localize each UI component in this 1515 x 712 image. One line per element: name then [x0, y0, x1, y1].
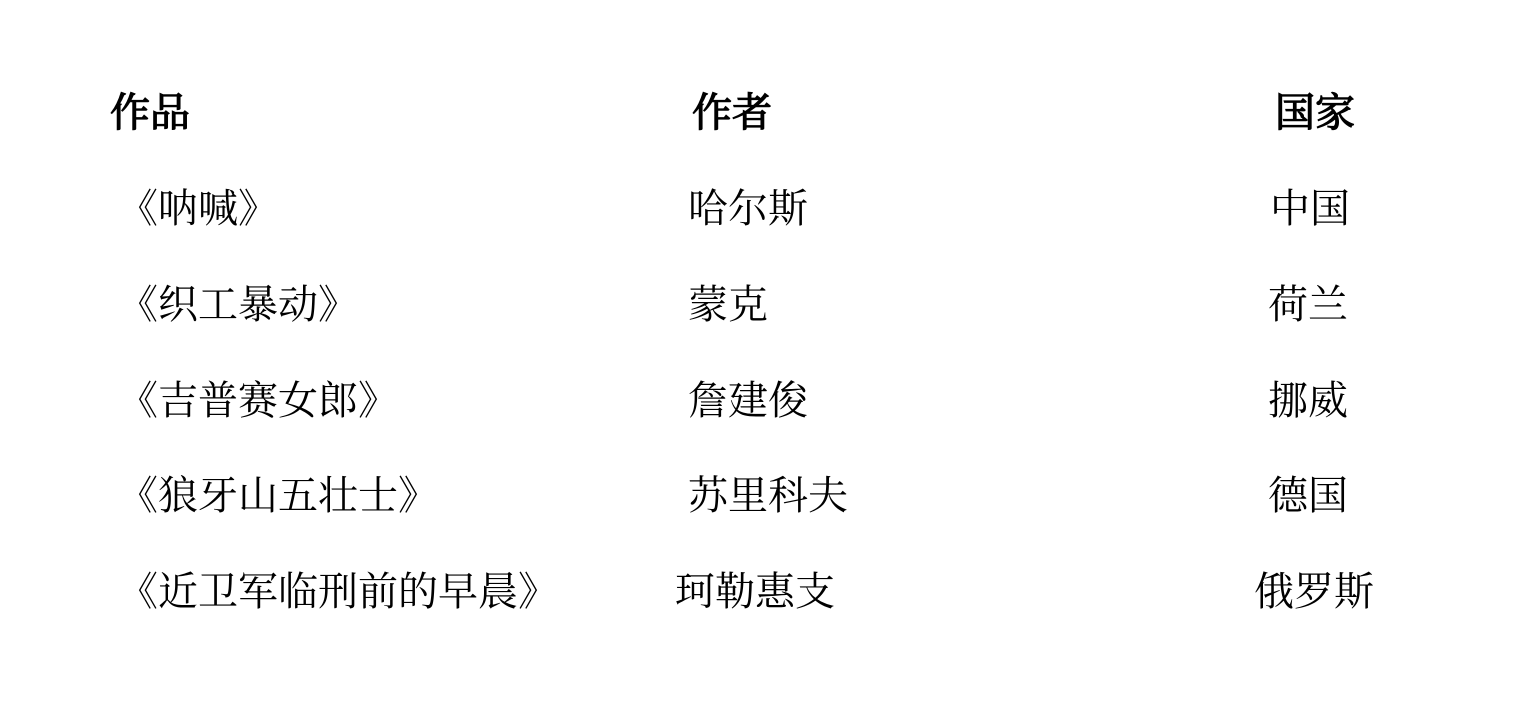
- work-cell: 《呐喊》: [118, 189, 278, 229]
- author-cell: 詹建俊: [688, 381, 808, 421]
- work-cell: 《狼牙山五壮士》: [118, 476, 438, 516]
- country-cell: 挪威: [1268, 381, 1348, 421]
- author-cell: 哈尔斯: [688, 189, 808, 229]
- author-cell: 蒙克: [688, 285, 768, 325]
- country-cell: 中国: [1270, 189, 1350, 229]
- author-cell: 苏里科夫: [688, 476, 848, 516]
- header-author: 作者: [692, 93, 772, 133]
- header-country: 国家: [1275, 93, 1355, 133]
- work-cell: 《近卫军临刑前的早晨》: [118, 572, 558, 612]
- country-cell: 德国: [1268, 476, 1348, 516]
- author-cell: 珂勒惠支: [675, 572, 835, 612]
- country-cell: 俄罗斯: [1254, 572, 1374, 612]
- work-cell: 《吉普赛女郎》: [118, 381, 398, 421]
- country-cell: 荷兰: [1268, 285, 1348, 325]
- header-work: 作品: [110, 93, 190, 133]
- work-cell: 《织工暴动》: [118, 285, 358, 325]
